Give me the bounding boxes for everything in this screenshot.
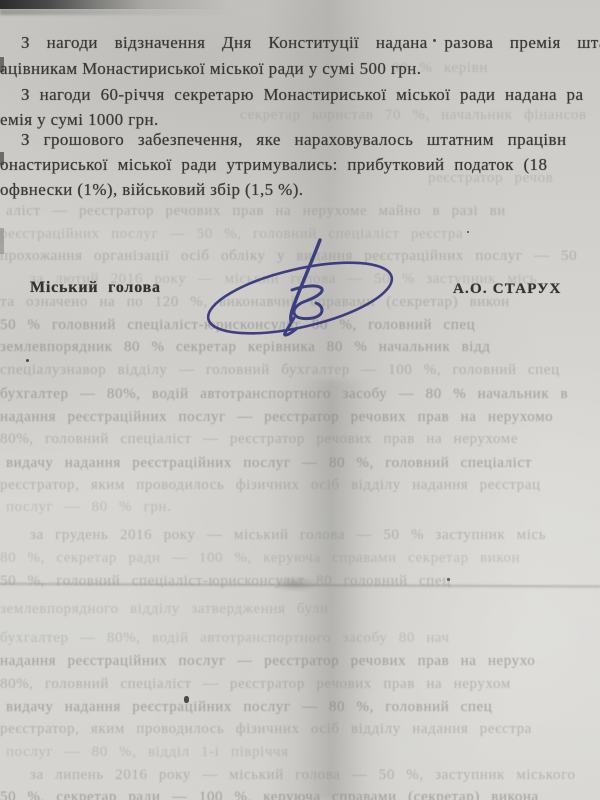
body-line: емія у сумі 1000 грн.	[0, 110, 159, 130]
ghost-line: 50 %, головний спеціаліст-юрисконсульт 8…	[0, 573, 451, 590]
ghost-line: бухгалтер — 80%, водій автотранспортного…	[0, 630, 450, 647]
dust-speck	[467, 231, 469, 233]
ghost-line: землевпорядного відділу затвердження бул…	[0, 601, 329, 618]
ghost-line: аліст — реєстратор речових прав на нерух…	[6, 203, 506, 220]
ghost-line: послуг — 80 %, відділ 1-і півріччя	[6, 744, 289, 761]
ghost-line: 50 %, секретар ради — 100 %, керуюча спр…	[0, 789, 539, 800]
body-line: онастириської міської ради утримувались:…	[0, 155, 547, 175]
ghost-line: бухгалтер — 80%, водій автотранспортного…	[0, 386, 568, 403]
ghost-line: надання реєстраційних послуг — реєстрато…	[0, 653, 535, 670]
body-line: З нагоди відзначення Дня Конституції над…	[21, 33, 600, 53]
ghost-line: за грудень 2016 року — міський голова — …	[30, 527, 546, 544]
ghost-line: реєстратор, яким проводилось фізичних ос…	[0, 721, 532, 738]
ghost-line: видачу надання реєстраційних послуг — 80…	[6, 699, 492, 716]
ghost-line: видачу надання реєстраційних послуг — 80…	[6, 455, 532, 472]
body-line: З нагоди 60-річчя секретарю Монастириськ…	[21, 85, 583, 105]
ghost-line: надання реєстраційних послуг — реєстрато…	[0, 409, 553, 426]
handwritten-signature	[192, 234, 416, 358]
ghost-line: 80%, головний спеціаліст — реєстратор ре…	[0, 431, 518, 448]
body-line: З грошового забезпечення, яке нараховува…	[21, 130, 566, 150]
ghost-line: спеціалузнавор відділу — головний бухгал…	[0, 362, 560, 379]
ghost-line: реєстратор, яким проводилось фізичних ос…	[0, 477, 541, 494]
ghost-line: послуг — 80 % грн.	[6, 499, 171, 516]
ghost-line: 80%, головний спеціаліст — реєстратор ре…	[0, 676, 511, 693]
ghost-line: секретар користав 70 %, начальник фінанс…	[240, 107, 587, 124]
mayor-title-label: Міський голова	[30, 279, 161, 297]
ghost-line: 80 %, секретар ради — 100 %, керуюча спр…	[0, 550, 520, 567]
mayor-name-label: А.О. СТАРУХ	[453, 281, 562, 298]
scan-edge-fade	[0, 9, 240, 15]
scanned-document-page: 00 % керівн секретар користав 70 %, нача…	[0, 0, 600, 800]
body-line: офвнески (1%), військовий збір (1,5 %).	[0, 180, 303, 200]
body-line: ацівникам Монастириської міської ради у …	[0, 59, 421, 79]
ghost-line: за липень 2016 року — міський голова — 5…	[30, 767, 576, 784]
scan-edge-strip	[0, 0, 600, 9]
